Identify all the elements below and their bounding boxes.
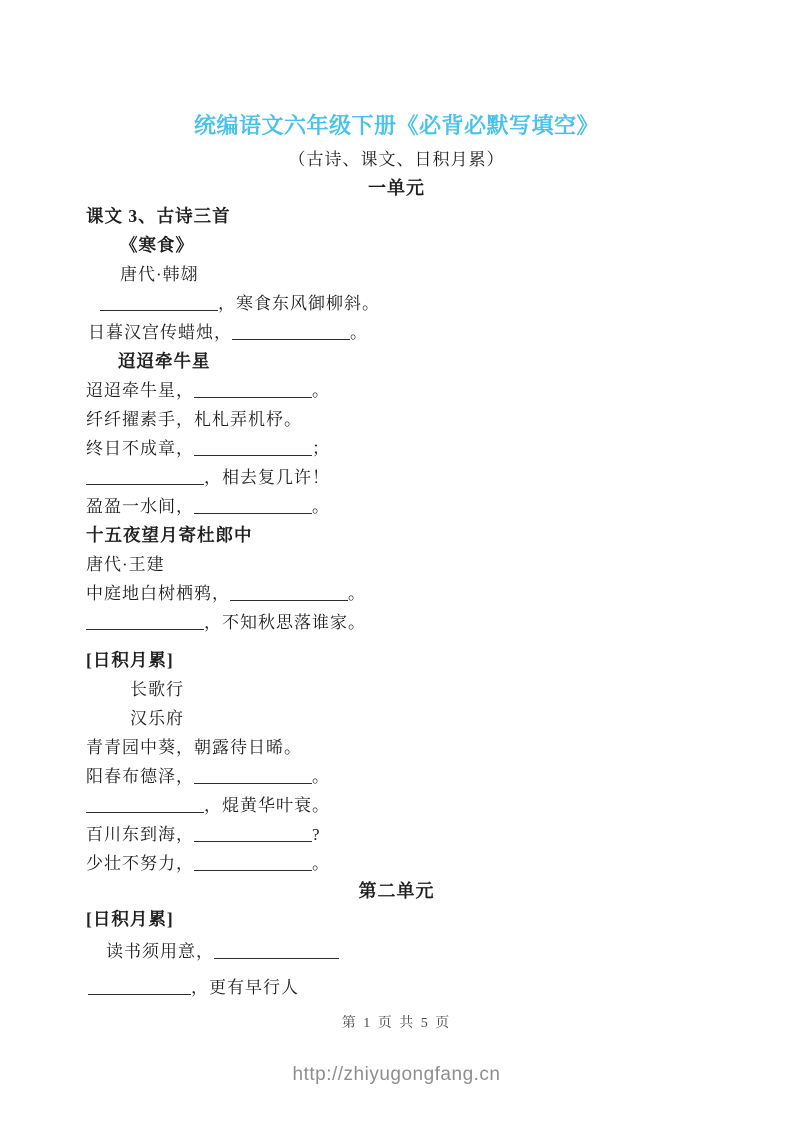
section-heading: 十五夜望月寄杜郎中 [86,521,707,550]
poem-text: 。 [348,584,366,603]
fill-in-blank [194,498,312,514]
text-line: ，寒食东风御柳斜。 [86,289,707,318]
poem-text: ，相去复几许！ [204,468,330,487]
poem-text: ，焜黄华叶衰。 [204,796,330,815]
poem-text: 。 [312,497,330,516]
fill-in-blank [194,768,312,784]
fill-in-blank [86,797,204,813]
section-heading: [日积月累] [86,646,707,675]
text-line: ，不知秋思落谁家。 [86,608,707,637]
document-subtitle: （古诗、课文、日积月累） [0,149,793,171]
fill-in-blank [194,826,312,842]
fill-in-blank [86,469,204,485]
fill-in-blank [214,943,339,959]
poem-text: ； [312,439,330,458]
poem-text: 。 [312,767,330,786]
poem-text: 。 [312,381,330,400]
poem-text: 。 [312,854,330,873]
text-line: 终日不成章，； [86,434,707,463]
text-line: ，更有早行人 [86,970,707,1006]
text-line: 百川东到海，? [86,820,707,849]
poem-text: 迢迢牵牛星， [86,381,194,400]
poem-text: ，更有早行人 [191,978,299,997]
fill-in-blank [86,614,204,630]
poem-text: 读书须用意， [106,942,214,961]
section-heading: 迢迢牵牛星 [86,347,707,376]
poem-text: 阳春布德泽， [86,767,194,786]
fill-in-blank [100,295,218,311]
text-line: 读书须用意， [86,934,707,970]
text-line: 日暮汉宫传蜡烛，。 [86,318,707,347]
text-line: 盈盈一水间，。 [86,492,707,521]
text-line: ，焜黄华叶衰。 [86,791,707,820]
unit-heading: 一单元 [86,175,707,202]
section-heading: [日积月累] [86,905,707,934]
fill-in-blank [88,979,191,995]
text-line: ，相去复几许！ [86,463,707,492]
poem-text: 百川东到海， [86,825,194,844]
text-line: 少壮不努力，。 [86,849,707,878]
text-line: 汉乐府 [86,704,707,733]
fill-in-blank [194,855,312,871]
poem-text: 终日不成章， [86,439,194,458]
document-title: 统编语文六年级下册《必背必默写填空》 [0,110,793,142]
text-line: 唐代·韩翃 [86,260,707,289]
section-heading: 课文 3、古诗三首 [86,202,707,231]
poem-text: 中庭地白树栖鸦， [86,584,230,603]
section-heading: 《寒食》 [86,231,707,260]
worksheet-page: 统编语文六年级下册《必背必默写填空》 （古诗、课文、日积月累） 一单元课文 3、… [0,0,793,1122]
fill-in-blank [194,382,312,398]
unit-heading: 第二单元 [86,878,707,905]
poem-text: ，不知秋思落谁家。 [204,613,366,632]
text-line: 唐代·王建 [86,550,707,579]
watermark-url: http://zhiyugongfang.cn [0,1064,793,1086]
text-line: 阳春布德泽，。 [86,762,707,791]
text-line: 青青园中葵，朝露待日晞。 [86,733,707,762]
text-line: 中庭地白树栖鸦，。 [86,579,707,608]
page-number: 第 1 页 共 5 页 [0,1012,793,1032]
fill-in-blank [194,440,312,456]
poem-text: 盈盈一水间， [86,497,194,516]
text-line: 迢迢牵牛星，。 [86,376,707,405]
fill-in-blank [232,324,350,340]
document-body: 一单元课文 3、古诗三首《寒食》唐代·韩翃，寒食东风御柳斜。日暮汉宫传蜡烛，。迢… [0,175,793,1006]
text-line: 纤纤擢素手，札札弄机杼。 [86,405,707,434]
poem-text: 少壮不努力， [86,854,194,873]
poem-text: ? [312,825,321,844]
poem-text: 日暮汉宫传蜡烛， [88,323,232,342]
poem-text: 。 [350,323,368,342]
text-line: 长歌行 [86,675,707,704]
poem-text: ，寒食东风御柳斜。 [218,294,380,313]
fill-in-blank [230,585,348,601]
